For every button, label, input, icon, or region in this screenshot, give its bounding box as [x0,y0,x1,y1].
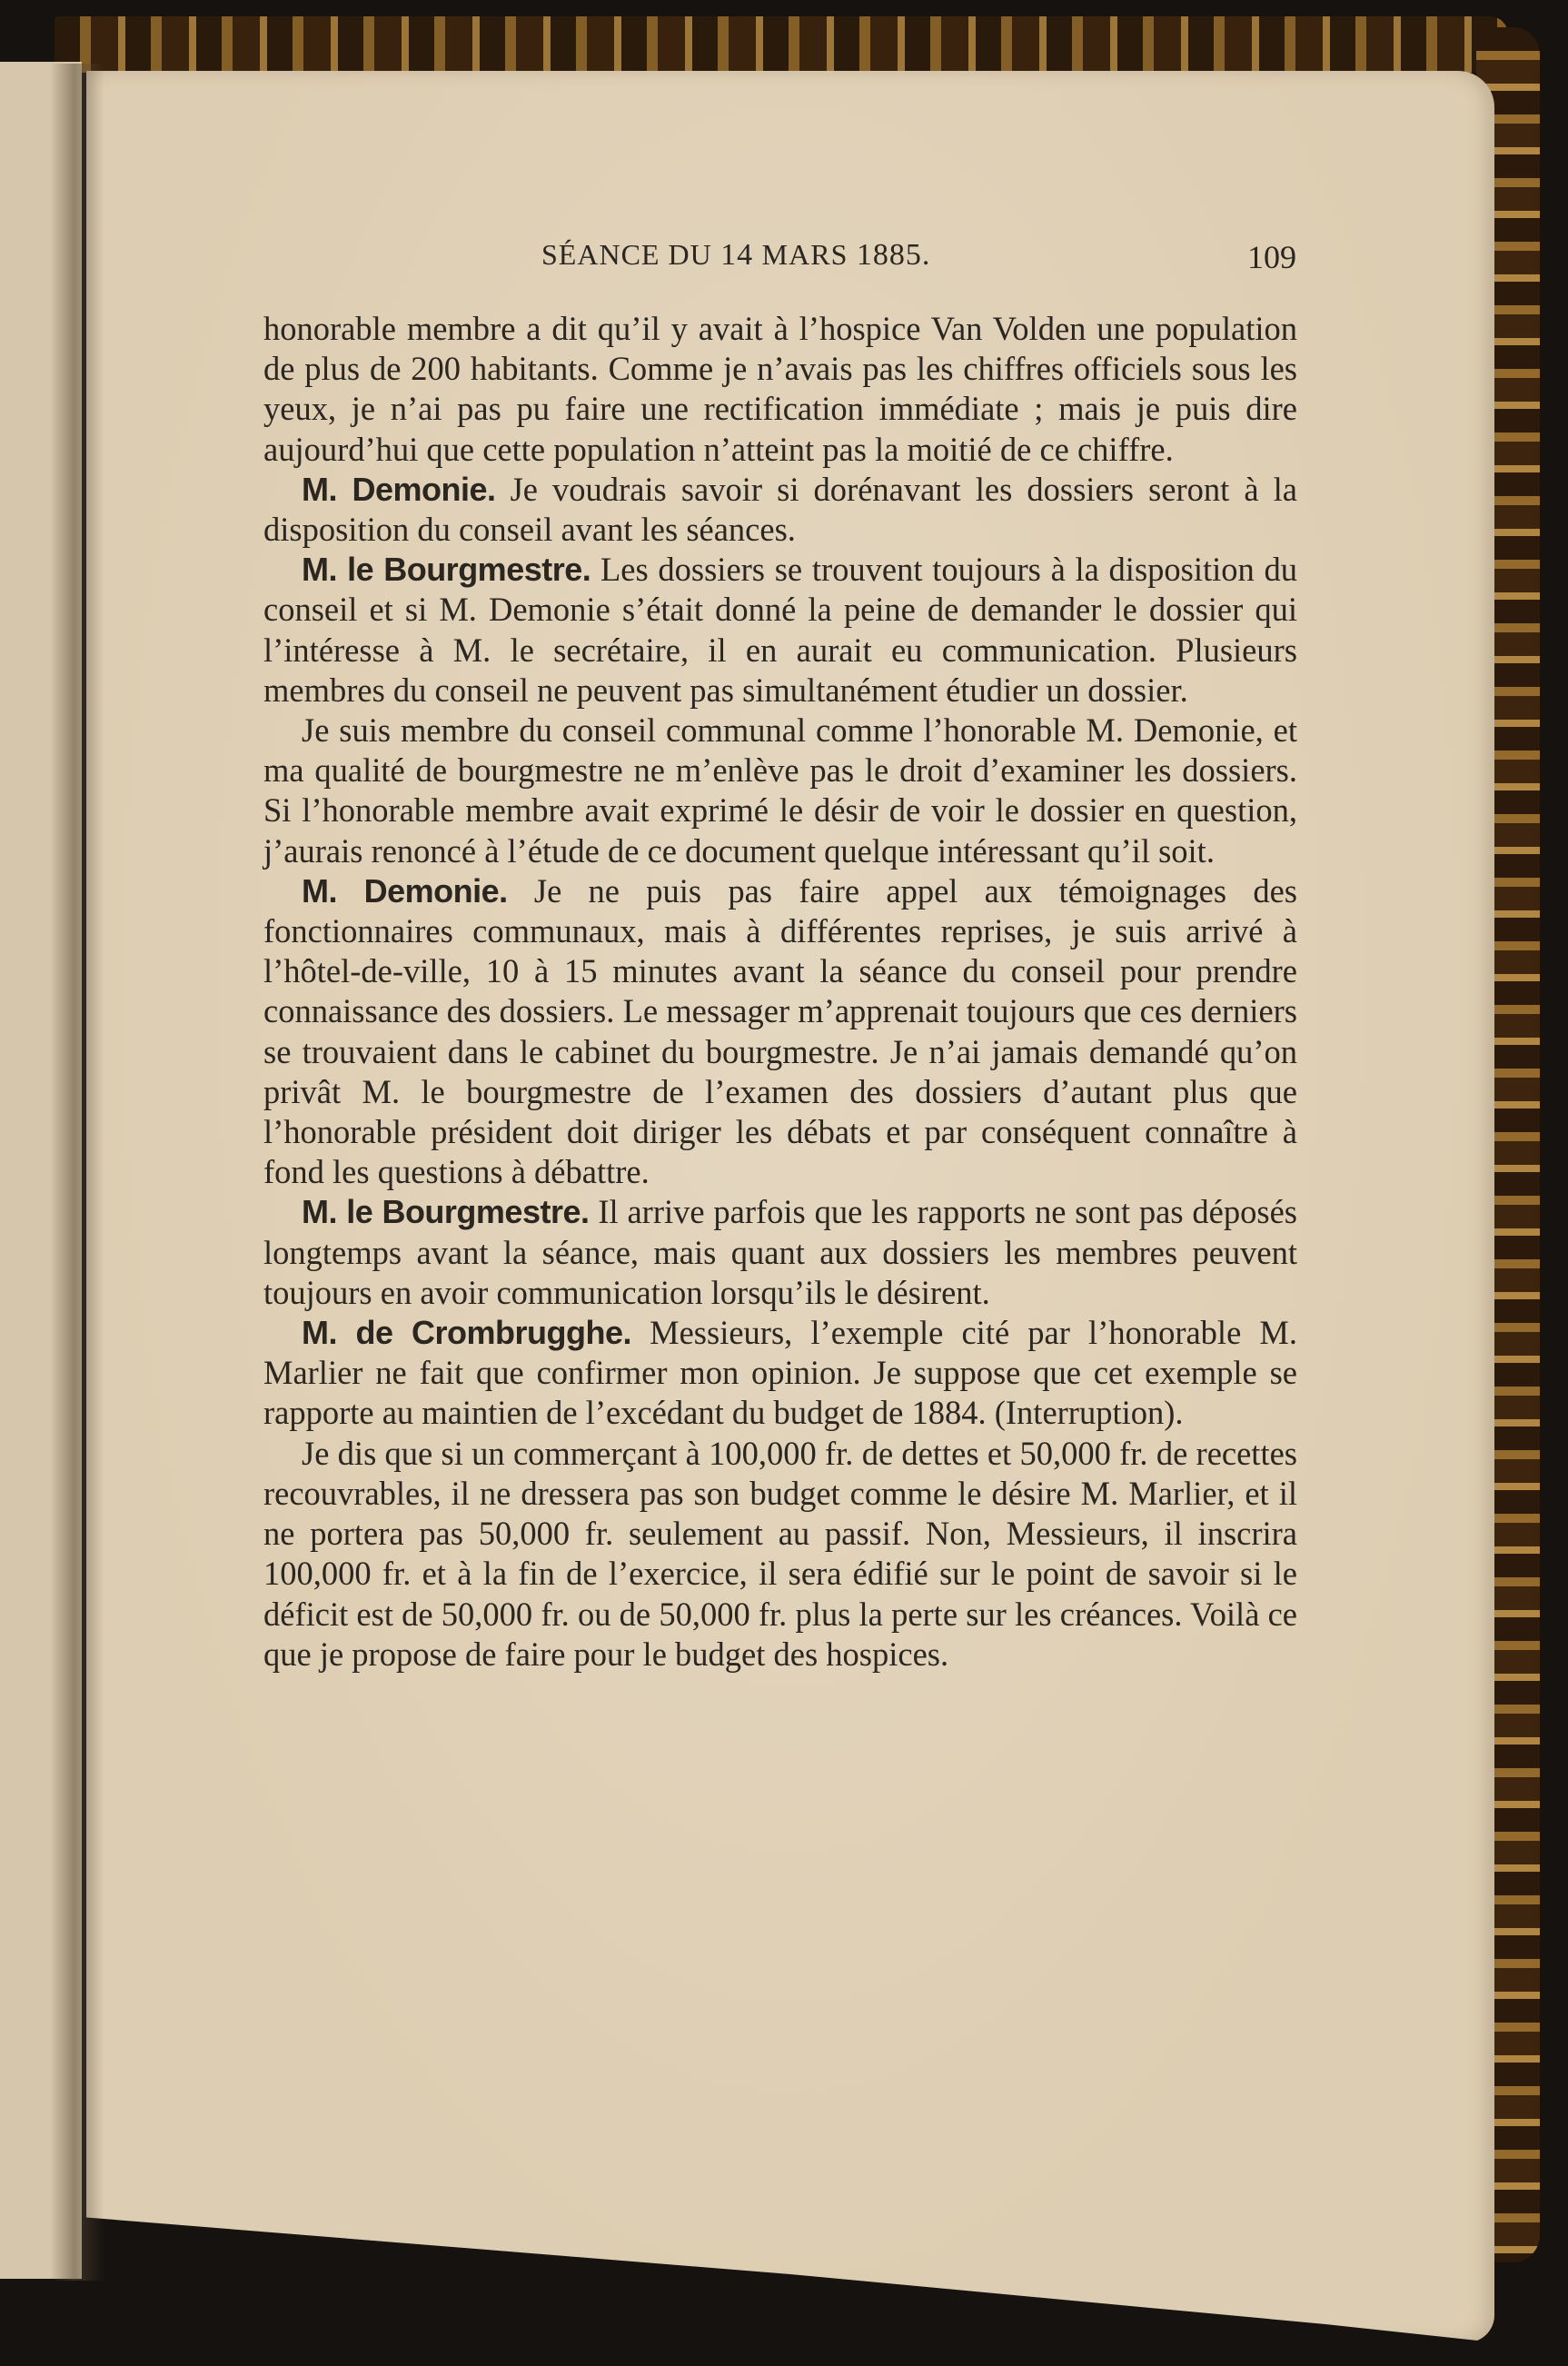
running-head-year: 1885. [857,238,931,272]
speaker-name: M. le Bourgmestre. [302,551,590,588]
speaker-name: M. de Crombrugghe. [302,1314,631,1351]
paragraph-text: Je suis membre du conseil communal comme… [263,711,1297,870]
running-head-prefix: SÉANCE DU [541,238,712,271]
paragraph: M. Demonie. Je voudrais savoir si doréna… [263,470,1297,550]
paragraph: Je suis membre du conseil communal comme… [263,711,1297,871]
speaker-name: M. Demonie. [302,872,508,910]
paragraph-text: honorable membre a dit qu’il y avait à l… [263,310,1297,468]
paragraph: M. Demonie. Je ne puis pas faire appel a… [263,871,1297,1193]
speaker-name: M. le Bourgmestre. [302,1193,590,1230]
paragraph: M. le Bourgmestre. Il arrive parfois que… [263,1192,1297,1313]
page-gutter-shadow [50,64,104,2281]
paragraph: M. de Crombrugghe. Messieurs, l’exemple … [263,1313,1297,1434]
running-head: SÉANCE DU 14 MARS 1885. [541,238,930,273]
book-cover-top-edge [55,16,1508,73]
paragraph: M. le Bourgmestre. Les dossiers se trouv… [263,550,1297,711]
running-head-month: MARS [762,238,849,271]
page-header: SÉANCE DU 14 MARS 1885. 109 [0,238,1568,283]
page-number: 109 [1247,238,1296,276]
paragraph-text: Je dis que si un commerçant à 100,000 fr… [263,1435,1297,1673]
running-head-day: 14 [720,238,753,272]
paragraph: Je dis que si un commerçant à 100,000 fr… [263,1434,1297,1675]
paragraph: honorable membre a dit qu’il y avait à l… [263,309,1297,470]
speaker-name: M. Demonie. [302,471,495,508]
paragraph-text: Je ne puis pas faire appel aux témoignag… [263,872,1297,1190]
body-text: honorable membre a dit qu’il y avait à l… [263,309,1297,1675]
